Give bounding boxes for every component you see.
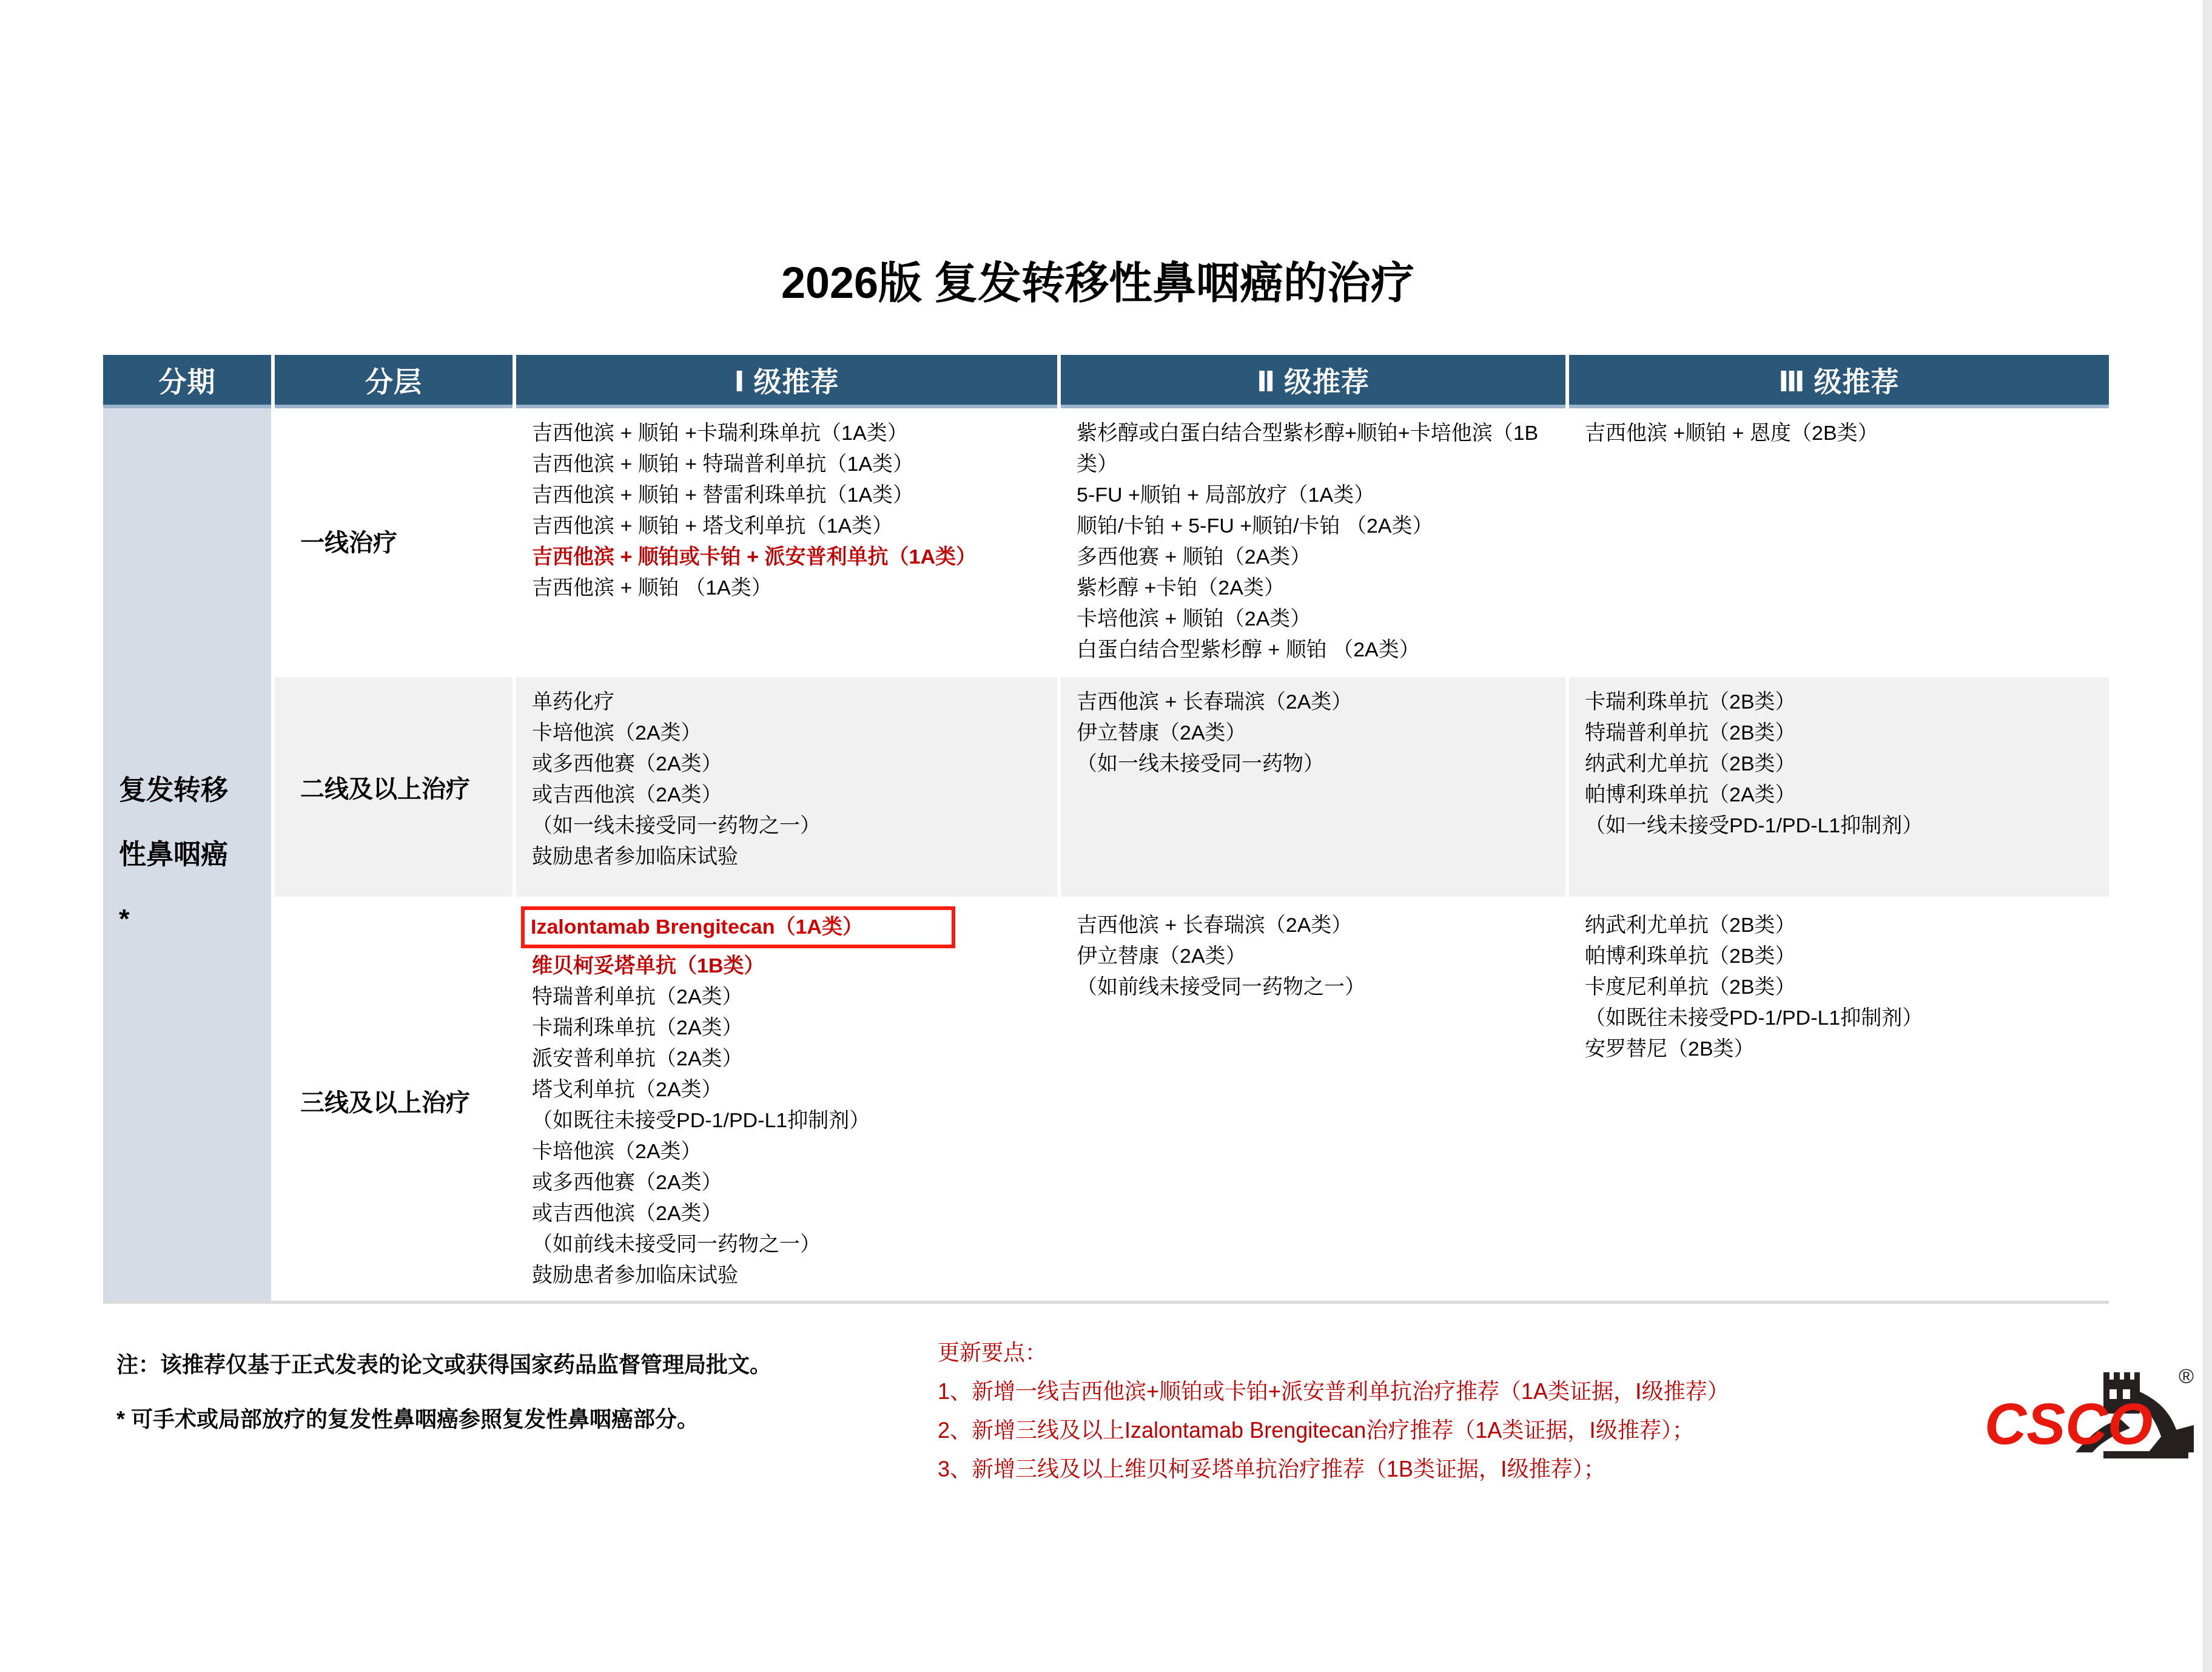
- column-header-level1: Ⅰ 级推荐: [516, 355, 1057, 405]
- vertical-scrollbar[interactable]: [2203, 0, 2212, 1672]
- text-line: 或多西他赛（2A类）: [532, 749, 1046, 780]
- csco-logo: CSCO ®: [1985, 1361, 2203, 1471]
- update-points-heading: 更新要点：: [938, 1333, 1729, 1372]
- text-line: 1、新增一线吉西他滨+顺铂或卡铂+派安普利单抗治疗推荐（1A类证据，Ⅰ级推荐）: [938, 1372, 1729, 1411]
- text-line: 伊立替康（2A类）: [1077, 718, 1555, 749]
- text-line: 鼓励患者参加临床试验: [532, 1260, 1046, 1291]
- text-line: （如一线未接受PD-1/PD-L1抑制剂）: [1585, 811, 2098, 841]
- cell-firstline-level2: 紫杉醇或白蛋白结合型紫杉醇+顺铂+卡培他滨（1B类）5-FU +顺铂 + 局部放…: [1061, 408, 1565, 673]
- cell-firstline-level3: 吉西他滨 +顺铂 + 恩度（2B类）: [1569, 408, 2109, 673]
- text-line: 白蛋白结合型紫杉醇 + 顺铂 （2A类）: [1077, 635, 1555, 666]
- page-title: 2026版 复发转移性鼻咽癌的治疗: [0, 248, 2196, 311]
- text-line: （如既往未接受PD-1/PD-L1抑制剂）: [532, 1105, 1046, 1136]
- text-line: 吉西他滨 + 顺铂 + 特瑞普利单抗（1A类）: [532, 449, 1046, 480]
- text-line: 鼓励患者参加临床试验: [532, 841, 1046, 872]
- text-line: 卡瑞利珠单抗（2B类）: [1585, 687, 2098, 718]
- column-header-stage: 分期: [103, 355, 271, 405]
- text-line: 安罗替尼（2B类）: [1585, 1034, 2098, 1065]
- text-line: 卡培他滨（2A类）: [532, 718, 1046, 749]
- text-line: 吉西他滨 + 顺铂或卡铂 + 派安普利单抗（1A类）: [532, 542, 1046, 573]
- column-header-level2: Ⅱ 级推荐: [1061, 355, 1565, 405]
- csco-logo-text: CSCO: [1985, 1392, 2153, 1457]
- guideline-table: 分期 分层 Ⅰ 级推荐 Ⅱ 级推荐 Ⅲ 级推荐 复发转移性鼻咽癌* 一线治疗 二…: [103, 355, 2109, 1304]
- text-line: 纳武利尤单抗（2B类）: [1585, 749, 2098, 780]
- cell-firstline-level1: 吉西他滨 + 顺铂 +卡瑞利珠单抗（1A类）吉西他滨 + 顺铂 + 特瑞普利单抗…: [516, 408, 1057, 673]
- text-line: 纳武利尤单抗（2B类）: [1585, 910, 2098, 941]
- layer-label-third-line: 三线及以上治疗: [275, 900, 513, 1301]
- text-line: 卡瑞利珠单抗（2A类）: [532, 1013, 1046, 1043]
- cell-secondline-level1: 单药化疗卡培他滨（2A类）或多西他赛（2A类）或吉西他滨（2A类）（如一线未接受…: [516, 677, 1057, 897]
- text-line: 特瑞普利单抗（2A类）: [532, 982, 1046, 1013]
- text-line: （如前线未接受同一药物之一）: [532, 1229, 1046, 1260]
- cell-secondline-level3: 卡瑞利珠单抗（2B类）特瑞普利单抗（2B类）纳武利尤单抗（2B类）帕博利珠单抗（…: [1569, 677, 2109, 897]
- text-line: （如一线未接受同一药物之一）: [532, 811, 1046, 841]
- text-line: 性鼻咽癌: [119, 823, 271, 887]
- text-line: 或吉西他滨（2A类）: [532, 1198, 1046, 1229]
- text-line: 维贝柯妥塔单抗（1B类）: [532, 951, 1046, 982]
- text-line: 吉西他滨 + 顺铂 +卡瑞利珠单抗（1A类）: [532, 418, 1046, 449]
- update-points: 更新要点： 1、新增一线吉西他滨+顺铂或卡铂+派安普利单抗治疗推荐（1A类证据，…: [938, 1333, 1729, 1489]
- column-header-level3: Ⅲ 级推荐: [1569, 355, 2109, 405]
- text-line: 伊立替康（2A类）: [1077, 941, 1555, 972]
- text-line: 吉西他滨 +顺铂 + 恩度（2B类）: [1585, 418, 2098, 449]
- registered-mark: ®: [2179, 1365, 2194, 1388]
- text-line: 或吉西他滨（2A类）: [532, 780, 1046, 811]
- text-line: 帕博利珠单抗（2B类）: [1585, 941, 2098, 972]
- text-line: 帕博利珠单抗（2A类）: [1585, 780, 2098, 811]
- text-line: 3、新增三线及以上维贝柯妥塔单抗治疗推荐（1B类证据，Ⅰ级推荐）；: [938, 1450, 1729, 1489]
- csco-logo-graphic: CSCO ®: [1985, 1361, 2203, 1471]
- text-line: 5-FU +顺铂 + 局部放疗（1A类）: [1077, 480, 1555, 511]
- text-line: 卡度尼利单抗（2B类）: [1585, 972, 2098, 1003]
- highlighted-boxed-item: Izalontamab Brengitecan（1A类）: [521, 906, 955, 948]
- text-line: * 可手术或局部放疗的复发性鼻咽癌参照复发性鼻咽癌部分。: [116, 1406, 772, 1433]
- cell-thirdline-level3: 纳武利尤单抗（2B类）帕博利珠单抗（2B类）卡度尼利单抗（2B类）（如既往未接受…: [1569, 900, 2109, 1301]
- text-line: （如既往未接受PD-1/PD-L1抑制剂）: [1585, 1003, 2098, 1034]
- text-line: 派安普利单抗（2A类）: [532, 1043, 1046, 1074]
- text-line: 或多西他赛（2A类）: [532, 1167, 1046, 1198]
- layer-label-second-line: 二线及以上治疗: [275, 677, 513, 897]
- cell-secondline-level2: 吉西他滨 + 长春瑞滨（2A类）伊立替康（2A类）（如一线未接受同一药物）: [1061, 677, 1565, 897]
- text-line: 紫杉醇 +卡铂（2A类）: [1077, 573, 1555, 604]
- text-line: 卡培他滨 + 顺铂（2A类）: [1077, 604, 1555, 635]
- text-line: 吉西他滨 + 长春瑞滨（2A类）: [1077, 687, 1555, 718]
- text-line: （如前线未接受同一药物之一）: [1077, 972, 1555, 1003]
- text-line: 吉西他滨 + 顺铂 （1A类）: [532, 573, 1046, 604]
- text-line: 塔戈利单抗（2A类）: [532, 1074, 1046, 1105]
- text-line: 吉西他滨 + 长春瑞滨（2A类）: [1077, 910, 1555, 941]
- update-points-list: 1、新增一线吉西他滨+顺铂或卡铂+派安普利单抗治疗推荐（1A类证据，Ⅰ级推荐）2…: [938, 1372, 1729, 1489]
- column-header-layer: 分层: [275, 355, 513, 405]
- text-line: 顺铂/卡铂 + 5-FU +顺铂/卡铂 （2A类）: [1077, 511, 1555, 542]
- text-line: 单药化疗: [532, 687, 1046, 718]
- layer-label-first-line: 一线治疗: [275, 408, 513, 673]
- stage-cell: 复发转移性鼻咽癌*: [103, 408, 271, 1301]
- cell-thirdline-level1: Izalontamab Brengitecan（1A类）维贝柯妥塔单抗（1B类）…: [516, 900, 1057, 1301]
- text-line: 多西他赛 + 顺铂（2A类）: [1077, 542, 1555, 573]
- text-line: 吉西他滨 + 顺铂 + 塔戈利单抗（1A类）: [532, 511, 1046, 542]
- text-line: 特瑞普利单抗（2B类）: [1585, 718, 2098, 749]
- cell-thirdline-level2: 吉西他滨 + 长春瑞滨（2A类）伊立替康（2A类）（如前线未接受同一药物之一）: [1061, 900, 1565, 1301]
- text-line: 复发转移: [119, 758, 271, 823]
- text-line: 注：该推荐仅基于正式发表的论文或获得国家药品监督管理局批文。: [116, 1352, 772, 1378]
- text-line: *: [119, 887, 271, 951]
- text-line: 2、新增三线及以上Izalontamab Brengitecan治疗推荐（1A类…: [938, 1411, 1729, 1450]
- footnotes: 注：该推荐仅基于正式发表的论文或获得国家药品监督管理局批文。* 可手术或局部放疗…: [116, 1352, 772, 1461]
- text-line: 吉西他滨 + 顺铂 + 替雷利珠单抗（1A类）: [532, 480, 1046, 511]
- text-line: （如一线未接受同一药物）: [1077, 749, 1555, 780]
- text-line: 紫杉醇或白蛋白结合型紫杉醇+顺铂+卡培他滨（1B类）: [1077, 418, 1555, 480]
- text-line: 卡培他滨（2A类）: [532, 1136, 1046, 1167]
